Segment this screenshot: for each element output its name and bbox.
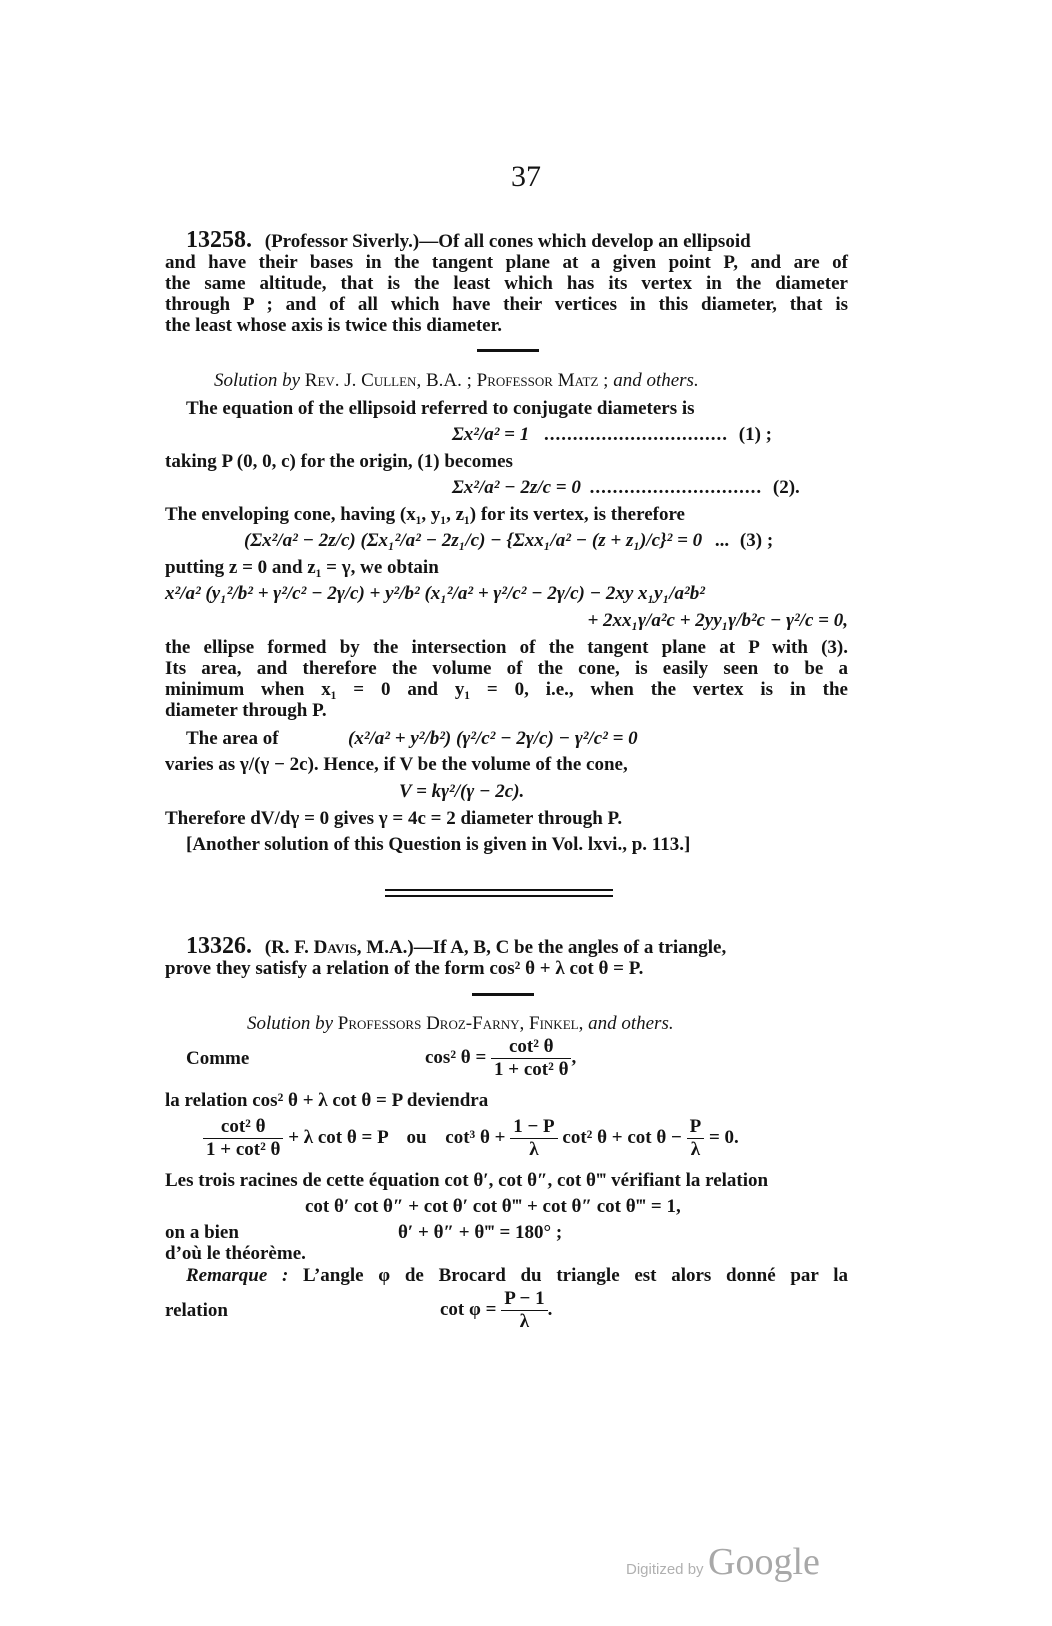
question-author: (R. F. Davis, M.A.)	[265, 937, 414, 958]
question-number: 13326.	[186, 933, 252, 959]
fraction: 1 − P λ	[510, 1116, 557, 1161]
area-label: The area of	[186, 728, 279, 750]
theta-sum-equation: θ′ + θ″ + θ‴ = 180° ;	[398, 1222, 562, 1244]
google-logo: Google	[708, 1541, 820, 1583]
area-equation: (x²/a² + y²/b²) (γ²/c² − 2γ/c) − γ²/c² =…	[348, 728, 638, 750]
fraction: cot² θ 1 + cot² θ	[491, 1036, 571, 1081]
equation-3-expr: (Σx²/a² − 2z/c) (Σx₁²/a² − 2z₁/c) − {Σxx…	[244, 530, 702, 551]
equation-1: Σx²/a² = 1 .............................…	[452, 424, 772, 446]
question-13258-line-4: through P ; and of all which have their …	[165, 294, 848, 316]
question-number: 13258.	[186, 227, 252, 253]
equation-tag: (1) ;	[739, 424, 772, 445]
question-13258-line-5: the least whose axis is twice this diame…	[165, 315, 502, 337]
para-line-2: Its area, and therefore the volume of th…	[165, 658, 848, 680]
fraction: P − 1 λ	[501, 1288, 547, 1333]
solution-authors: Rev. J. Cullen, B.A. ; Professor Matz ;	[305, 370, 609, 391]
section-divider	[472, 993, 534, 996]
page-number: 37	[0, 160, 1052, 194]
question-13326-line-2: prove they satisfy a relation of the for…	[165, 958, 643, 980]
question-13258-line-2: and have their bases in the tangent plan…	[165, 252, 848, 274]
leader-dots: ................................	[544, 424, 728, 445]
equation-a-rest: + λ cot θ = P	[288, 1127, 387, 1148]
double-rule-top	[385, 889, 613, 891]
para-line-4: diameter through P.	[165, 700, 327, 722]
la-relation-line: la relation cos² θ + λ cot θ = P deviend…	[165, 1090, 488, 1112]
punct: ,	[571, 1047, 576, 1068]
numerator: P − 1	[501, 1288, 547, 1311]
para-line-3: minimum when x₁ = 0 and y₁ = 0, i.e., wh…	[165, 679, 848, 701]
equation-1-expr: Σx²/a² = 1	[452, 424, 529, 445]
cone-line: The enveloping cone, having (x₁, y₁, z₁)…	[165, 504, 685, 526]
question-13258-line-1: 13258. (Professor Siverly.)—Of all cones…	[186, 230, 751, 253]
equation-4-line-1: x²/a² (y₁²/b² + γ²/c² − 2γ/c) + y²/b² (x…	[165, 583, 705, 605]
cotphi-equation: cot φ = P − 1 λ .	[440, 1288, 552, 1333]
numerator: P	[687, 1116, 705, 1139]
book-page: 37 13258. (Professor Siverly.)—Of all co…	[0, 0, 1052, 1626]
question-author: (Professor Siverly.)	[265, 231, 419, 252]
les-trois-line: Les trois racines de cette équation cot …	[165, 1170, 768, 1192]
solution-byline: Solution by Rev. J. Cullen, B.A. ; Profe…	[214, 370, 699, 392]
therefore-line: Therefore dV/dγ = 0 gives γ = 4c = 2 dia…	[165, 808, 622, 830]
para-line-1: the ellipse formed by the intersection o…	[165, 637, 848, 659]
comme-lhs: cos² θ =	[425, 1047, 486, 1068]
leader-dots: ...	[715, 530, 729, 551]
remarque-text: L’angle φ de Brocard du triangle est alo…	[303, 1265, 848, 1286]
equation-2: Σx²/a² − 2z/c = 0 ......................…	[452, 477, 800, 499]
cotphi-lhs: cot φ =	[440, 1299, 496, 1320]
and-others-label: and others.	[613, 370, 699, 391]
remarque-label: Remarque :	[186, 1265, 288, 1286]
numerator: cot² θ	[203, 1116, 283, 1139]
denominator: λ	[510, 1139, 557, 1161]
ou-word: ou	[406, 1127, 426, 1148]
fraction: P λ	[687, 1116, 705, 1161]
another-solution-note: [Another solution of this Question is gi…	[186, 834, 690, 856]
question-text: —If A, B, C be the angles of a triangle,	[414, 937, 726, 958]
on-a-bien-label: on a bien	[165, 1222, 239, 1244]
denominator: 1 + cot² θ	[203, 1139, 283, 1161]
solution-byline: Solution by Professors Droz-Farny, Finke…	[247, 1013, 674, 1035]
equation-b-end: = 0.	[709, 1127, 739, 1148]
equation-4-line-2: + 2xx₁γ/a²c + 2yy₁γ/b²c − γ²/c = 0,	[500, 610, 848, 632]
digitized-by-google-watermark: Digitized by Google	[626, 1540, 820, 1584]
denominator: λ	[501, 1311, 547, 1333]
equation-tag: (3) ;	[740, 530, 773, 551]
denominator: 1 + cot² θ	[491, 1059, 571, 1081]
numerator: 1 − P	[510, 1116, 557, 1139]
digitized-by-label: Digitized by	[626, 1561, 704, 1578]
equation-b-mid: cot² θ + cot θ −	[562, 1127, 681, 1148]
comme-equation: cos² θ = cot² θ 1 + cot² θ ,	[425, 1036, 576, 1081]
transformed-equation: cot² θ 1 + cot² θ + λ cot θ = P ou cot³ …	[203, 1116, 739, 1161]
remarque-line: Remarque : L’angle φ de Brocard du trian…	[186, 1265, 848, 1287]
question-13258-line-3: the same altitude, that is the least whi…	[165, 273, 848, 295]
varies-line: varies as γ/(γ − 2c). Hence, if V be the…	[165, 754, 628, 776]
double-rule-bottom	[385, 895, 613, 897]
denominator: λ	[687, 1139, 705, 1161]
taking-line: taking P (0, 0, c) for the origin, (1) b…	[165, 451, 513, 473]
volume-equation: V = kγ²/(γ − 2c).	[399, 781, 524, 803]
solution-by-label: Solution by	[214, 370, 300, 391]
question-13326-line-1: 13326. (R. F. Davis, M.A.)—If A, B, C be…	[186, 936, 726, 959]
dou-line: d’où le théorème.	[165, 1243, 306, 1265]
and-others-label: and others.	[588, 1013, 674, 1034]
leader-dots: ..............................	[590, 477, 763, 498]
equation-3: (Σx²/a² − 2z/c) (Σx₁²/a² − 2z₁/c) − {Σxx…	[244, 530, 773, 552]
question-text: —Of all cones which develop an ellipsoid	[419, 231, 750, 252]
punct: .	[548, 1299, 553, 1320]
relation-label: relation	[165, 1300, 228, 1322]
solution-intro: The equation of the ellipsoid referred t…	[186, 398, 695, 420]
equation-2-expr: Σx²/a² − 2z/c = 0	[452, 477, 581, 498]
equation-b-pre: cot³ θ +	[445, 1127, 505, 1148]
solution-by-label: Solution by	[247, 1013, 333, 1034]
numerator: cot² θ	[491, 1036, 571, 1059]
putting-line: putting z = 0 and z₁ = γ, we obtain	[165, 557, 439, 579]
solution-authors: Professors Droz-Farny, Finkel,	[338, 1013, 584, 1034]
section-divider	[477, 349, 539, 352]
comme-label: Comme	[186, 1048, 249, 1070]
fraction: cot² θ 1 + cot² θ	[203, 1116, 283, 1161]
equation-tag: (2).	[773, 477, 800, 498]
cot-product-equation: cot θ′ cot θ″ + cot θ′ cot θ‴ + cot θ″ c…	[305, 1196, 681, 1218]
